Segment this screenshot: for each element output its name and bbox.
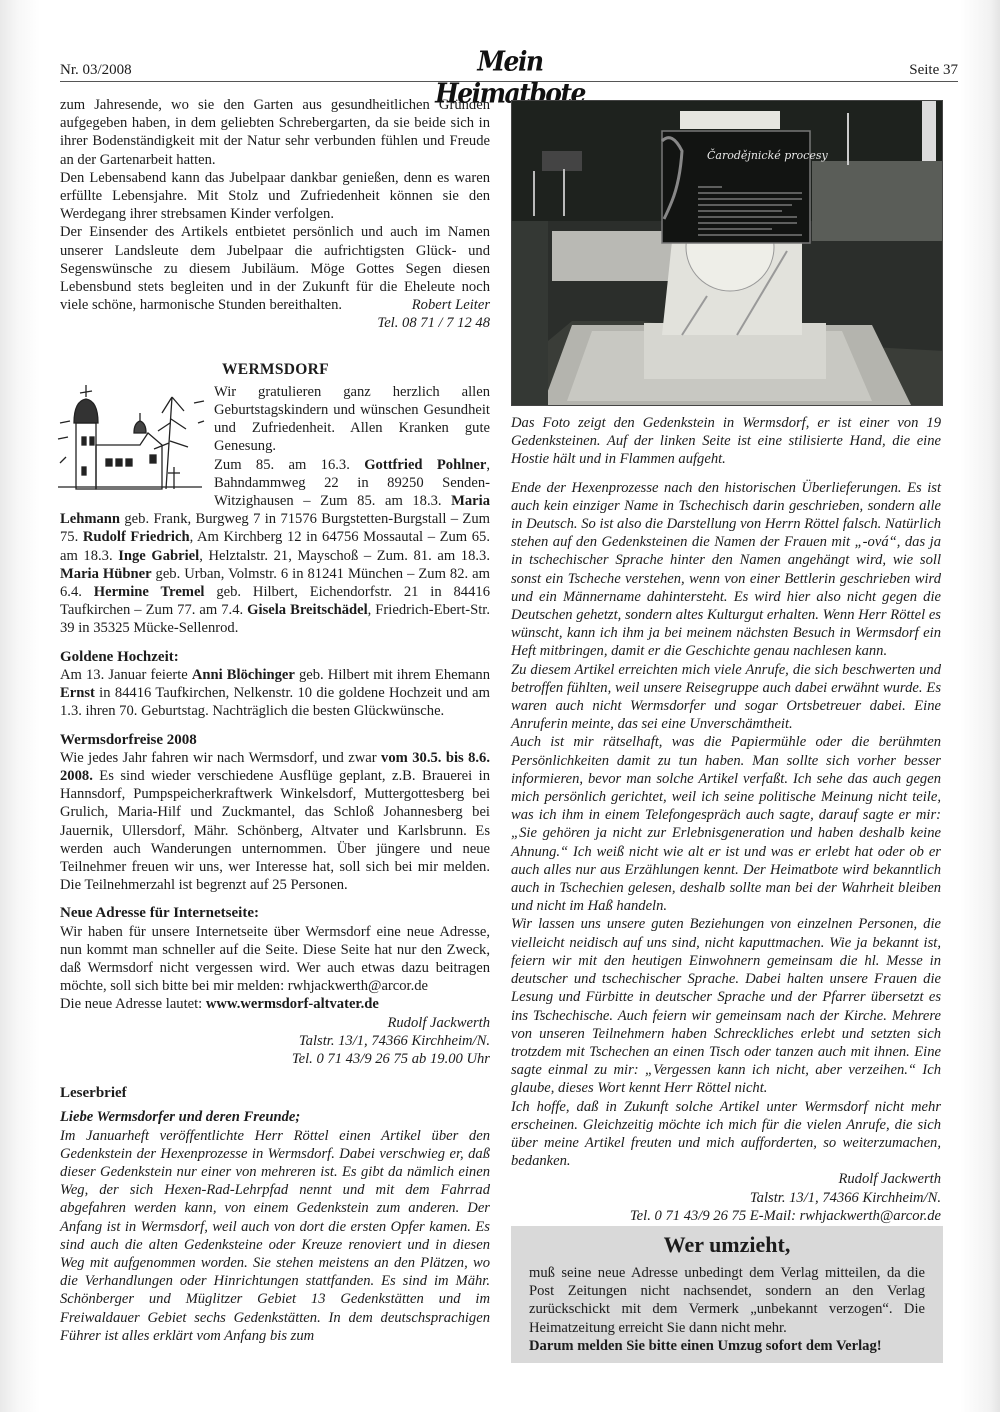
section-title-letter: Leserbrief: [60, 1084, 490, 1102]
section-title-trip: Wermsdorfreise 2008: [60, 731, 490, 749]
letter-paragraph: Wir lassen uns unsere guten Beziehungen …: [511, 915, 941, 1097]
moving-notice-box: Wer umzieht, muß seine neue Adresse unbe…: [511, 1226, 943, 1363]
letter-text: Im Januarheft veröffentlichte Herr Rötte…: [60, 1127, 490, 1345]
page-number: Seite 37: [909, 62, 958, 79]
section-title-golden-wedding: Goldene Hochzeit:: [60, 648, 490, 666]
plaque-title: Čarodějnické procesy: [707, 148, 828, 162]
person-name: Gisela Breitschädel: [247, 602, 367, 618]
section-title-website: Neue Adresse für Internetseite:: [60, 904, 490, 922]
section-title-wermsdorf: WERMSDORF: [222, 361, 490, 379]
signature-address: Talstr. 13/1, 74366 Kirchheim/N.: [60, 1032, 490, 1050]
person-name: Maria Hübner: [60, 566, 152, 582]
letter-salutation: Liebe Wermsdorfer und deren Freunde;: [60, 1108, 490, 1126]
intro-paragraph: Den Lebensabend kann das Jubelpaar dankb…: [60, 169, 490, 224]
notice-cta: Darum melden Sie bitte einen Umzug sofor…: [529, 1337, 925, 1355]
notice-text: muß seine neue Adresse unbedingt dem Ver…: [529, 1264, 925, 1337]
signature-name: Rudolf Jackwerth: [60, 1014, 490, 1032]
website-url-line: Die neue Adresse lautet: www.wermsdorf-a…: [60, 995, 490, 1013]
signature-contact: Tel. 0 71 43/9 26 75 E-Mail: rwhjackwert…: [511, 1207, 941, 1225]
wermsdorf-section: Wir gratulieren ganz herzlich allen Gebu…: [60, 383, 490, 638]
letter-paragraph: Ende der Hexenprozesse nach den historis…: [511, 479, 941, 661]
letter-continuation: Ende der Hexenprozesse nach den historis…: [511, 479, 941, 1225]
intro-paragraph: zum Jahresende, wo sie den Garten aus ge…: [60, 96, 490, 169]
page-header: Nr. 03/2008 Mein Heimatbote Seite 37: [60, 52, 958, 82]
signature-address: Talstr. 13/1, 74366 Kirchheim/N.: [511, 1189, 941, 1207]
website-url: www.wermsdorf-altvater.de: [206, 996, 379, 1012]
memorial-stone-photo: Čarodějnické procesy: [511, 100, 943, 406]
right-column: Čarodějnické procesy Das Foto zeigt den …: [511, 100, 941, 1225]
trip-text: Wie jedes Jahr fahren wir nach Wermsdorf…: [60, 749, 490, 895]
letter-paragraph: Zu diesem Artikel erreichten mich viele …: [511, 661, 941, 734]
website-text: Wir haben für unsere Internetseite über …: [60, 923, 490, 996]
memorial-photo-image: Čarodějnické procesy: [512, 101, 943, 406]
signature-name: Rudolf Jackwerth: [511, 1170, 941, 1188]
letter-paragraph: Auch ist mir rätselhaft, was die Papierm…: [511, 733, 941, 915]
golden-wedding-text: Am 13. Januar feierte Anni Blöchinger ge…: [60, 666, 490, 721]
photo-caption: Das Foto zeigt den Gedenkstein in Wermsd…: [511, 414, 941, 469]
person-name: Rudolf Friedrich: [83, 529, 190, 545]
person-name: Hermine Tremel: [94, 584, 205, 600]
author-phone: Tel. 08 71 / 7 12 48: [60, 314, 490, 332]
intro-paragraph: Der Einsender des Artikels entbietet per…: [60, 223, 490, 314]
notice-title: Wer umzieht,: [529, 1232, 925, 1258]
signature-phone: Tel. 0 71 43/9 26 75 ab 19.00 Uhr: [60, 1050, 490, 1068]
person-name: Gottfried Pohlner: [364, 457, 486, 473]
letter-paragraph: Ich hoffe, daß in Zukunft solche Artikel…: [511, 1098, 941, 1171]
left-column: zum Jahresende, wo sie den Garten aus ge…: [60, 96, 490, 1345]
author-name: Robert Leiter: [412, 296, 490, 314]
issue-number: Nr. 03/2008: [60, 62, 132, 79]
church-illustration-icon: [54, 383, 206, 495]
person-name: Inge Gabriel: [118, 548, 199, 564]
newspaper-page: Nr. 03/2008 Mein Heimatbote Seite 37 zum…: [0, 0, 1000, 1412]
